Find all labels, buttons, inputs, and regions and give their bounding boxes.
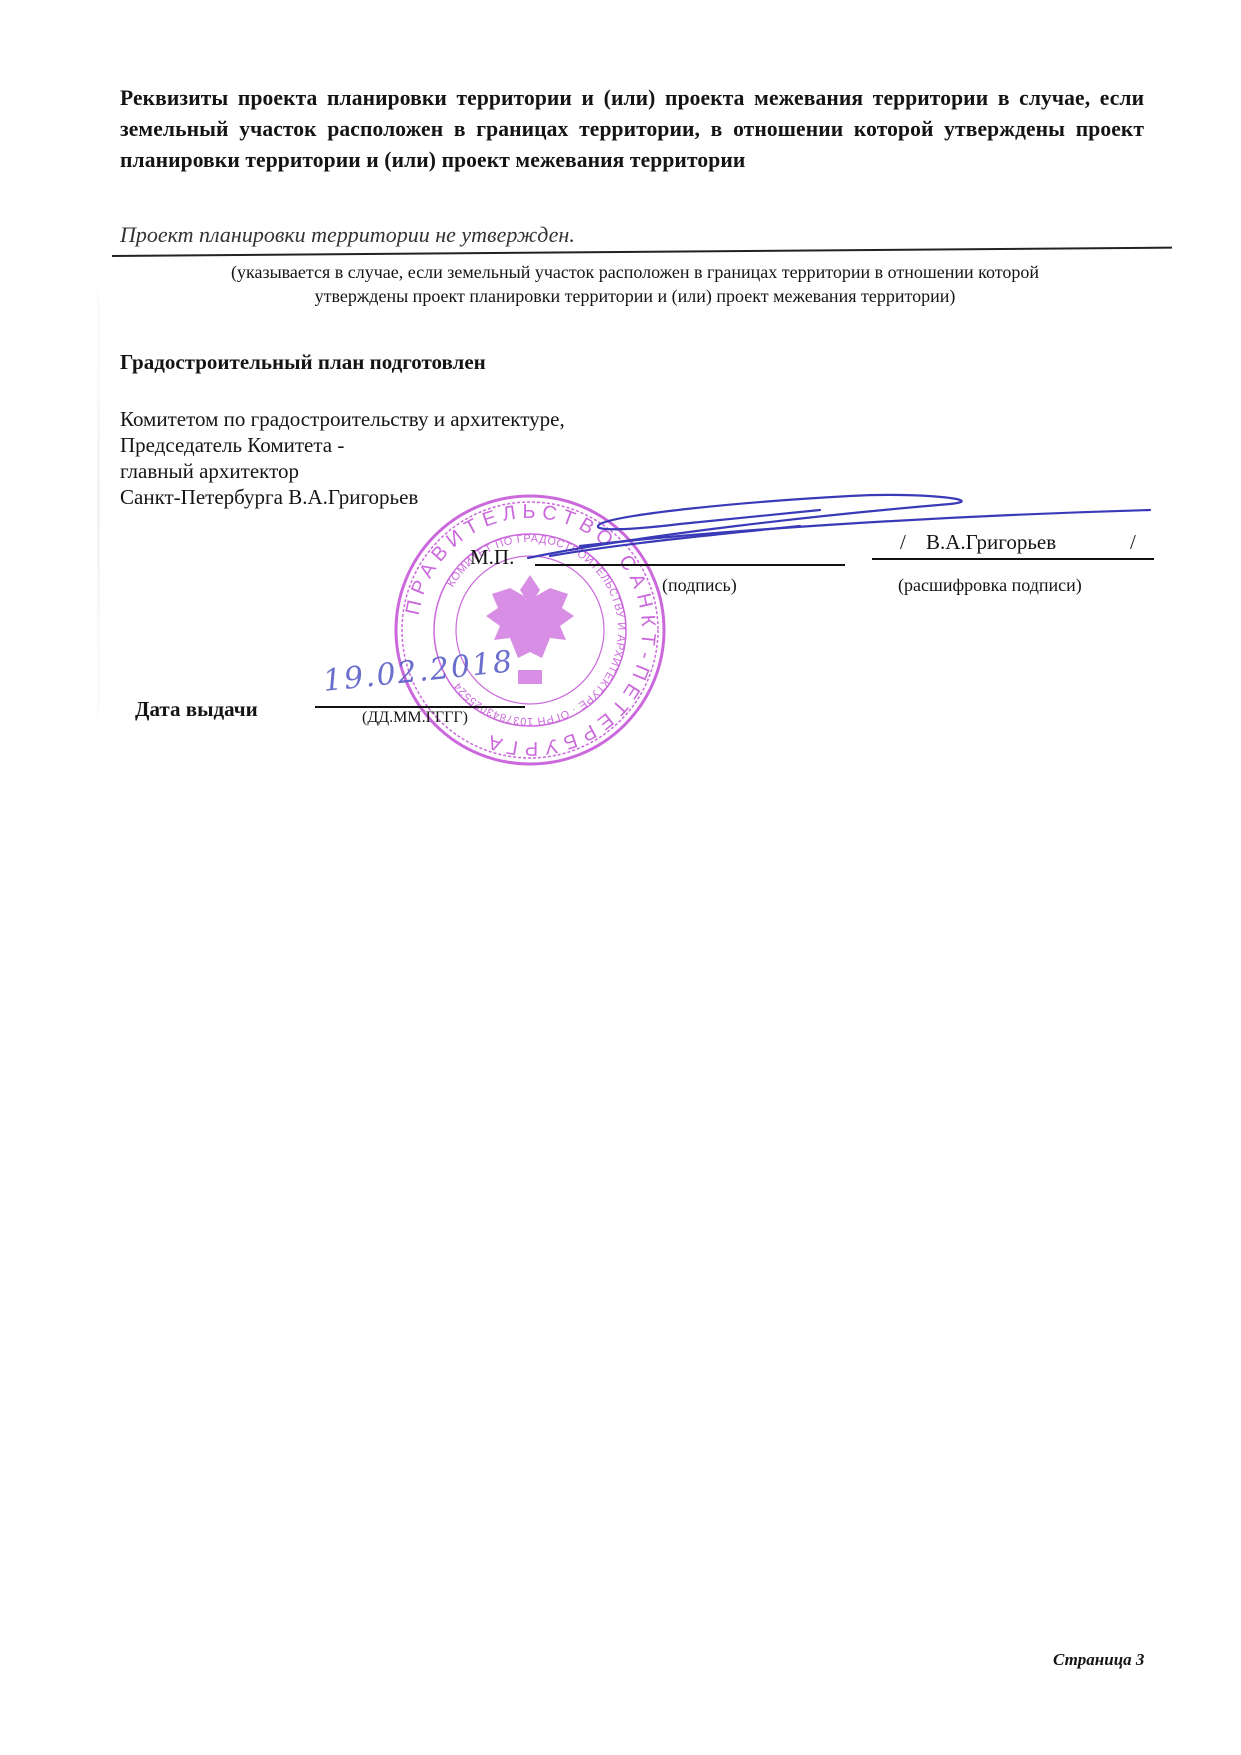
issue-date-label: Дата выдачи	[135, 697, 258, 722]
scan-edge	[97, 250, 100, 760]
issue-date-line	[315, 706, 525, 708]
document-page: Реквизиты проекта планировки территории …	[0, 0, 1241, 1755]
requisites-hint-line1: (указывается в случае, если земельный уч…	[150, 260, 1120, 284]
requisites-underline	[112, 247, 1172, 257]
requisites-hint: (указывается в случае, если земельный уч…	[150, 260, 1120, 308]
signature-caption: (подпись)	[662, 575, 737, 596]
requisites-value: Проект планировки территории не утвержде…	[120, 222, 575, 248]
seal-label: М.П.	[470, 545, 514, 570]
prepared-by-line: Комитетом по градостроительству и архите…	[120, 406, 565, 432]
prepared-title: Градостроительный план подготовлен	[120, 350, 486, 375]
prepared-by-line: Председатель Комитета -	[120, 432, 565, 458]
requisites-hint-line2: утверждены проект планировки территории …	[150, 284, 1120, 308]
page-number: Страница 3	[1053, 1650, 1144, 1670]
name-caption: (расшифровка подписи)	[898, 575, 1082, 596]
handwritten-signature-icon	[520, 480, 1160, 570]
prepared-by-line: главный архитектор	[120, 458, 565, 484]
issue-date-format: (ДД.ММ.ГГГГ)	[362, 709, 468, 727]
requisites-heading: Реквизиты проекта планировки территории …	[120, 82, 1144, 175]
